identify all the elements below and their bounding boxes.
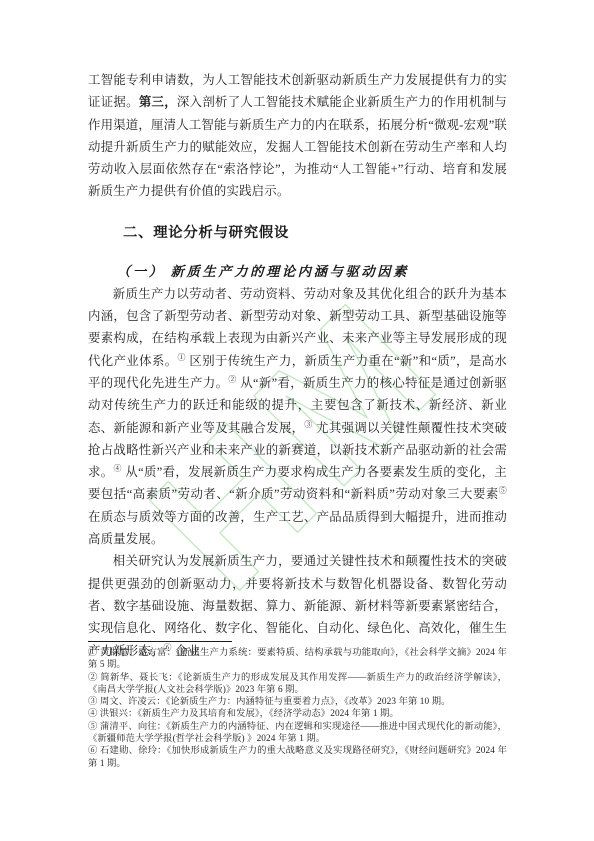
bold-run: 第三，: [139, 95, 177, 109]
footnote-reference: ①: [178, 353, 186, 362]
paper-page: HM 工智能专利申请数，为人工智能技术创新驱动新质生产力发展提供有力的实证证据。…: [0, 0, 594, 841]
footnote-6: ⑥ 石建勋、徐玲：《加快形成新质生产力的重大战略意义及实现路径研究》，《财经问题…: [88, 745, 507, 770]
paragraph-continuation: 工智能专利申请数，为人工智能技术创新驱动新质生产力发展提供有力的实证证据。第三，…: [88, 69, 507, 203]
footnote-1: ① 黄群慧、盛方富：《新质生产力系统：要素特质、结构承载与功能取向》，《社会科学…: [88, 647, 507, 672]
section-heading: 二、理论分析与研究假设: [88, 222, 507, 244]
footnote-2: ② 简新华、聂长飞：《论新质生产力的形成发展及其作用发挥——新质生产力的政治经济…: [88, 672, 507, 697]
footnote-3: ③ 周文、许凌云：《论新质生产力：内涵特征与重要着力点》，《改革》2023 年第…: [88, 696, 507, 708]
footnote-separator: [88, 641, 232, 642]
footnote-reference: ③: [304, 420, 312, 429]
footnote-block: ① 黄群慧、盛方富：《新质生产力系统：要素特质、结构承载与功能取向》，《社会科学…: [88, 641, 507, 770]
footnote-reference: ④: [114, 464, 122, 473]
paragraph-theory-connotation: 新质生产力以劳动者、劳动资料、劳动对象及其优化组合的跃升为基本内涵，包含了新型劳…: [88, 283, 507, 551]
text-column: 工智能专利申请数，为人工智能技术创新驱动新质生产力发展提供有力的实证证据。第三，…: [88, 69, 507, 662]
footnote-reference: ②: [228, 375, 236, 384]
footnote-reference: ⑤: [499, 486, 507, 495]
footnote-5: ⑤ 蒲清平、向往：《新质生产力的内涵特征、内在逻辑和实现途径——推进中国式现代化…: [88, 721, 507, 746]
subsection-heading: （一） 新质生产力的理论内涵与驱动因素: [88, 261, 507, 283]
footnote-4: ④ 洪银兴：《新质生产力及其培育和发展》，《经济学动态》2024 年第 1 期。: [88, 708, 507, 720]
